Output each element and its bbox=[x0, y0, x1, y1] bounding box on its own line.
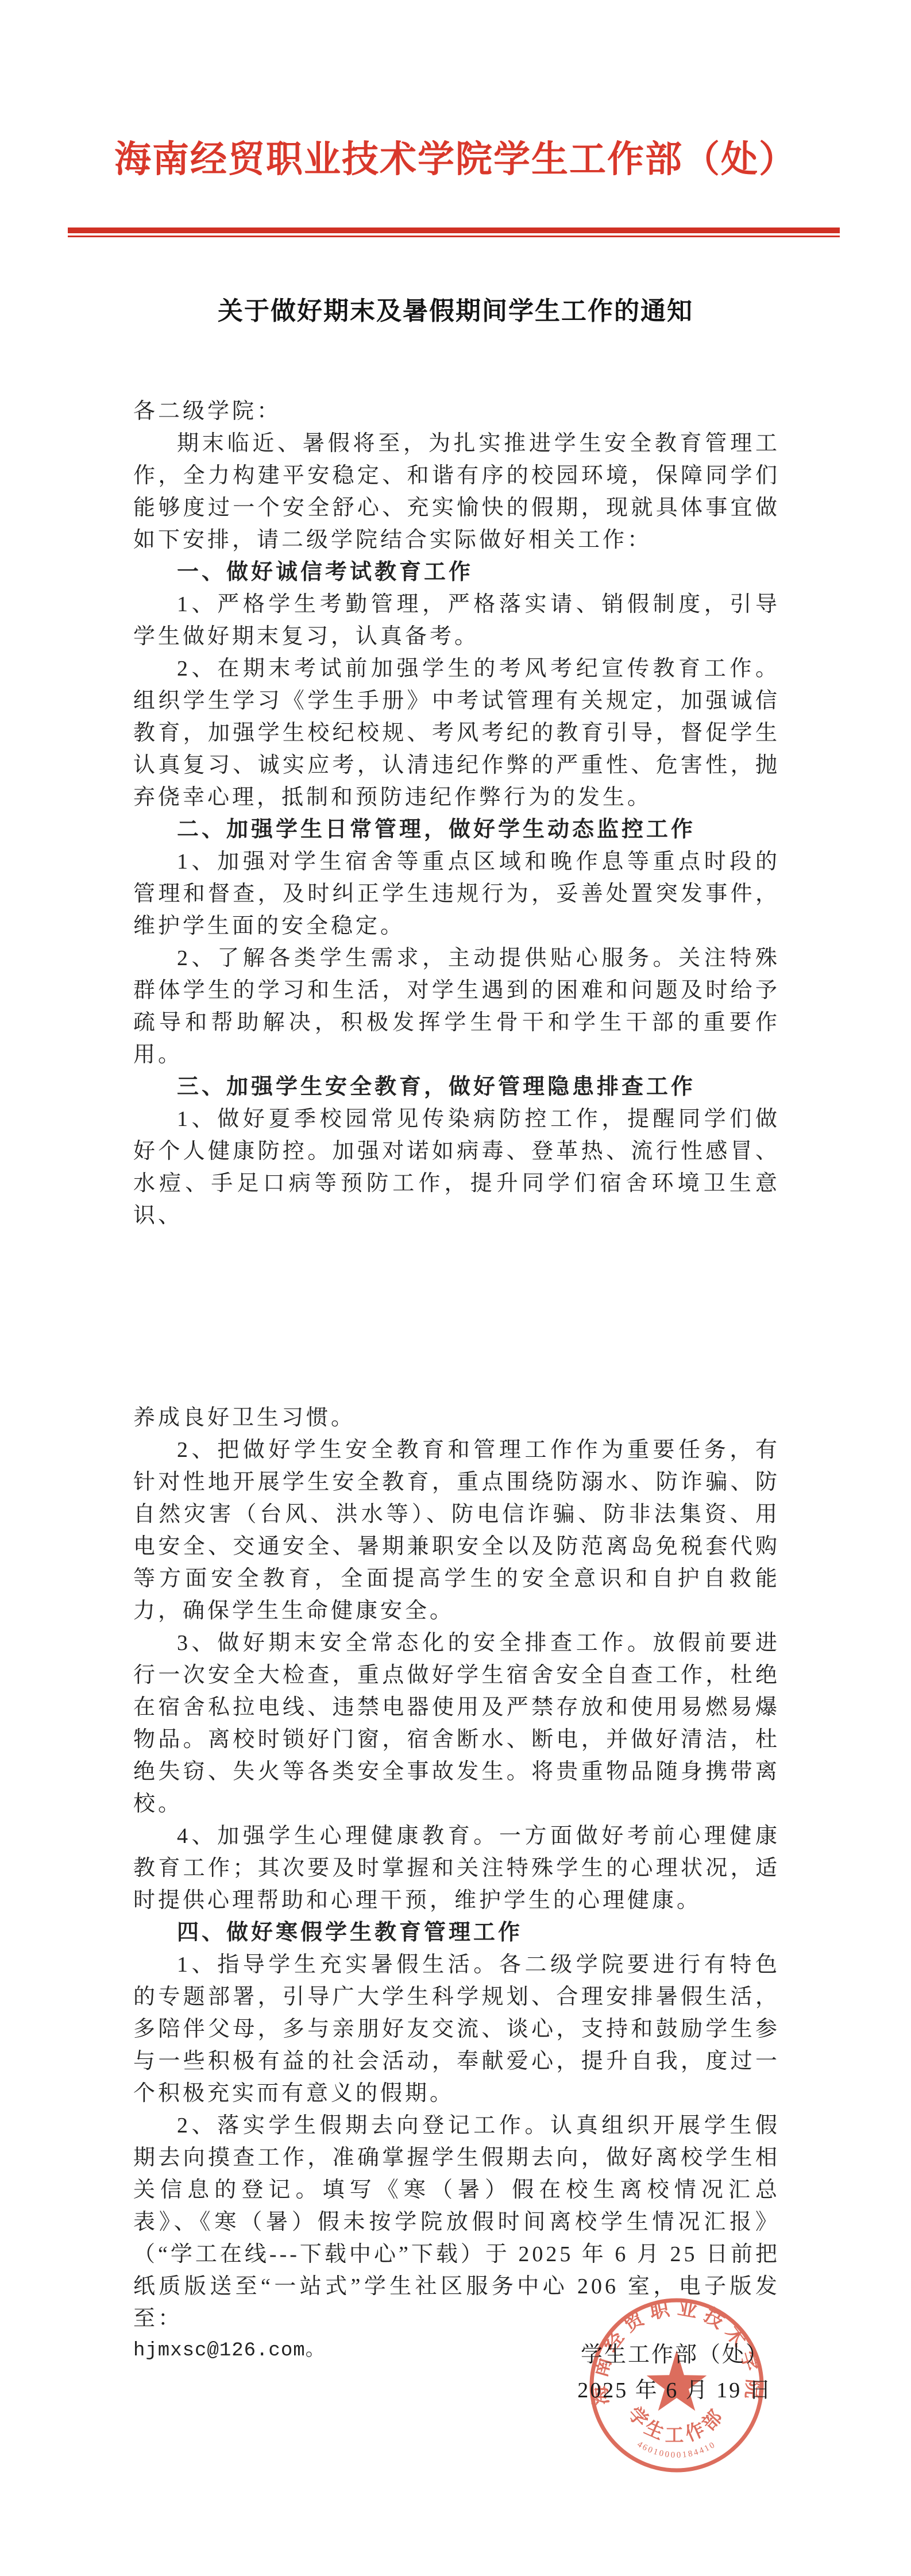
section-heading: 四、做好寒假学生教育管理工作 bbox=[133, 1916, 780, 1949]
letterhead-title: 海南经贸职业技术学院学生工作部（处） bbox=[0, 130, 911, 183]
body-paragraph: 各二级学院： bbox=[133, 395, 780, 427]
section-heading: 三、加强学生安全教育，做好管理隐患排查工作 bbox=[133, 1071, 780, 1103]
document-title: 关于做好期末及暑假期间学生工作的通知 bbox=[0, 290, 911, 327]
signature-block: 学生工作部（处） 2025 年 6 月 19 日 bbox=[549, 2337, 801, 2408]
rule-thin-bar bbox=[68, 236, 840, 237]
body-paragraph: 2、在期末考试前加强学生的考风考纪宣传教育工作。组织学生学习《学生手册》中考试管… bbox=[133, 653, 780, 813]
signature-date: 2025 年 6 月 19 日 bbox=[549, 2373, 801, 2408]
section-heading: 二、加强学生日常管理，做好学生动态监控工作 bbox=[133, 813, 780, 846]
body-paragraph: 3、做好期末安全常态化的安全排查工作。放假前要进行一次安全大检查，重点做好学生宿… bbox=[133, 1627, 780, 1820]
body-paragraph: 1、严格学生考勤管理，严格落实请、销假制度，引导学生做好期末复习，认真备考。 bbox=[133, 588, 780, 653]
body-paragraph: 2、了解各类学生需求，主动提供贴心服务。关注特殊群体学生的学习和生活，对学生遇到… bbox=[133, 942, 780, 1071]
body-paragraph: 4、加强学生心理健康教育。一方面做好考前心理健康教育工作；其次要及时掌握和关注特… bbox=[133, 1820, 780, 1916]
body-paragraph: 1、加强对学生宿舍等重点区域和晚作息等重点时段的管理和督查，及时纠正学生违规行为… bbox=[133, 846, 780, 942]
body-paragraph: 2、把做好学生安全教育和管理工作作为重要任务，有针对性地开展学生安全教育，重点围… bbox=[133, 1434, 780, 1627]
body-paragraph: 养成良好卫生习惯。 bbox=[133, 1402, 780, 1434]
section-heading: 一、做好诚信考试教育工作 bbox=[133, 556, 780, 588]
body-paragraph: 1、做好夏季校园常见传染病防控工作，提醒同学们做好个人健康防控。加强对诺如病毒、… bbox=[133, 1103, 780, 1232]
letterhead-rule bbox=[68, 227, 840, 237]
signature-org: 学生工作部（处） bbox=[549, 2337, 801, 2373]
page-1-body: 各二级学院：期末临近、暑假将至，为扎实推进学生安全教育管理工作，全力构建平安稳定… bbox=[133, 395, 780, 1232]
body-paragraph: 1、指导学生充实暑假生活。各二级学院要进行有特色的专题部署，引导广大学生科学规划… bbox=[133, 1949, 780, 2110]
page-2-body: 养成良好卫生习惯。2、把做好学生安全教育和管理工作作为重要任务，有针对性地开展学… bbox=[133, 1402, 780, 2367]
rule-thick-bar bbox=[68, 227, 840, 233]
svg-text:学生工作部: 学生工作部 bbox=[624, 2403, 730, 2446]
seal-bottom-text: 学生工作部 bbox=[624, 2403, 730, 2446]
notice-document: 海南经贸职业技术学院学生工作部（处） 关于做好期末及暑假期间学生工作的通知 各二… bbox=[0, 0, 911, 2576]
body-paragraph: 期末临近、暑假将至，为扎实推进学生安全教育管理工作，全力构建平安稳定、和谐有序的… bbox=[133, 427, 780, 556]
